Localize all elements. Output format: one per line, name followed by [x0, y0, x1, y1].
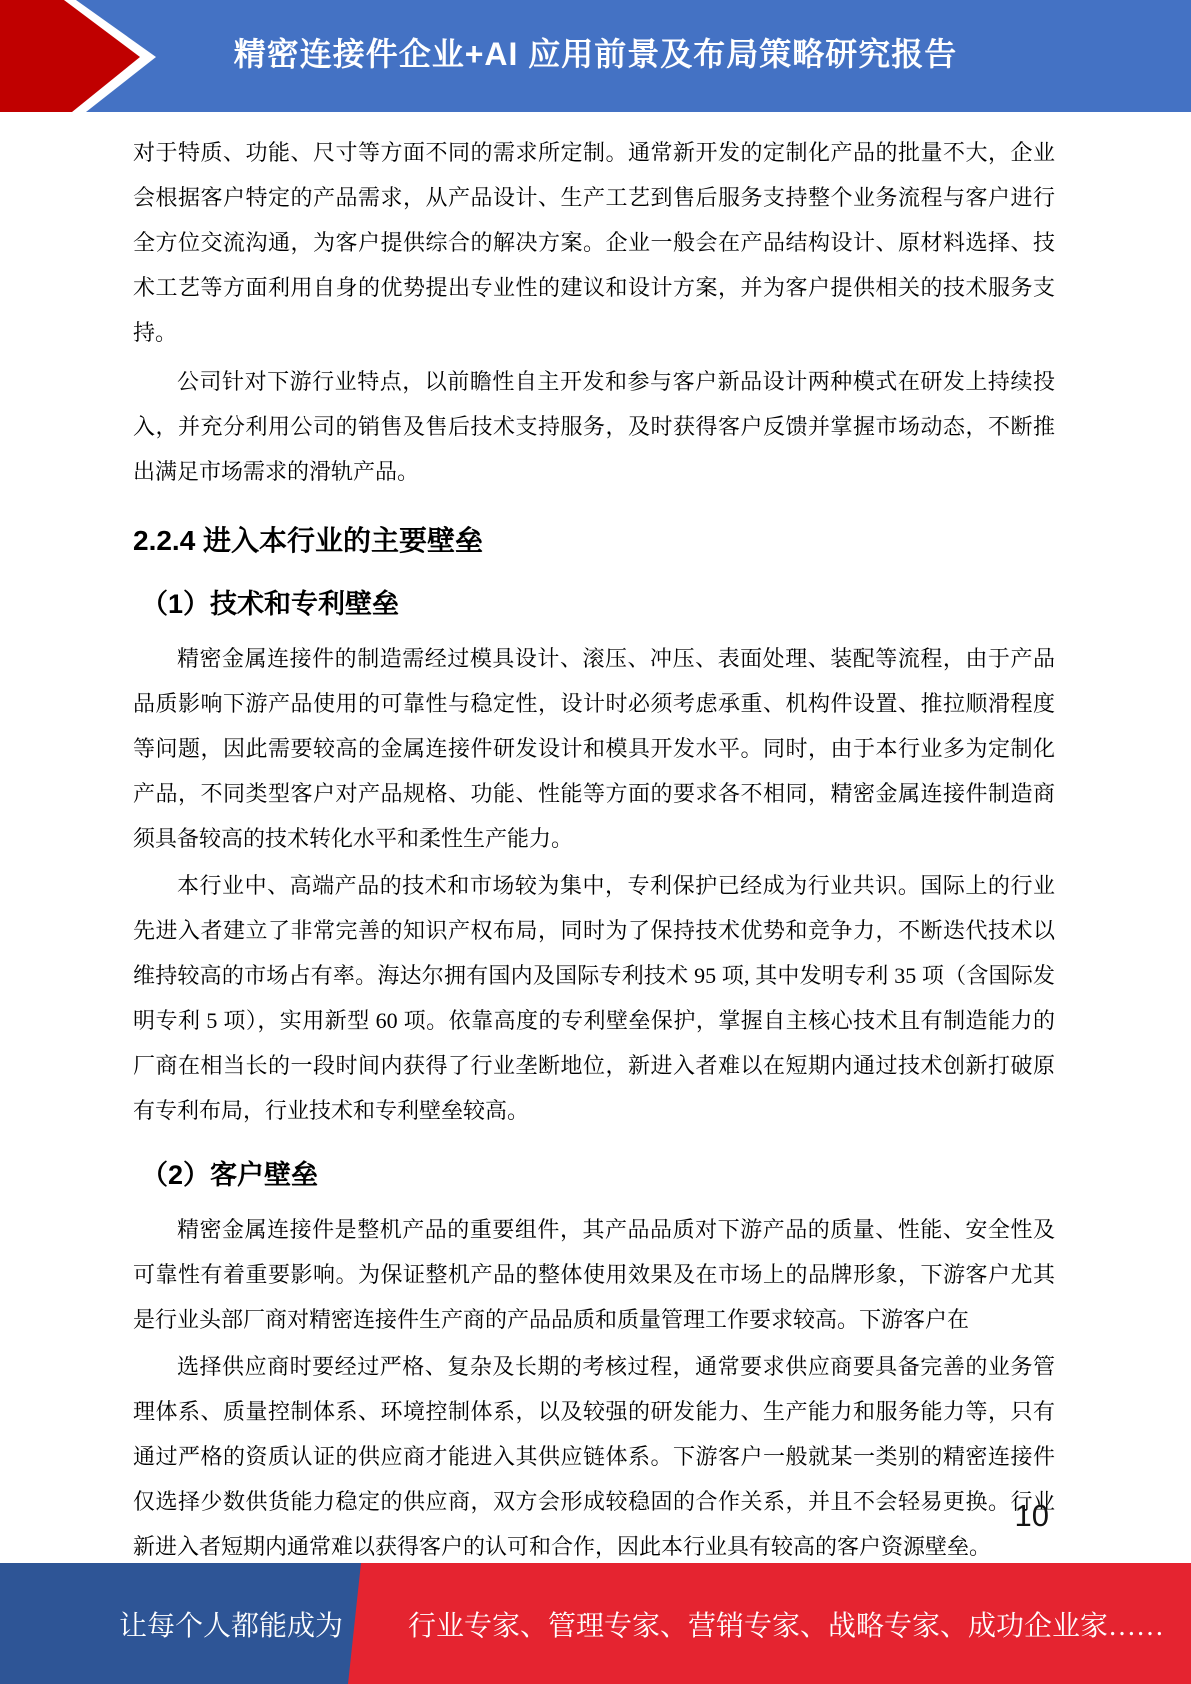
page-number: 10	[1015, 1498, 1049, 1534]
footer-slogan-left-panel: 让每个人都能成为	[0, 1563, 361, 1684]
paragraph-customer-quality: 精密金属连接件是整机产品的重要组件，其产品品质对下游产品的质量、性能、安全性及可…	[133, 1207, 1055, 1342]
report-title: 精密连接件企业+AI 应用前景及布局策略研究报告	[0, 0, 1191, 104]
paragraph-patent-landscape: 本行业中、高端产品的技术和市场较为集中，专利保护已经成为行业共识。国际上的行业先…	[133, 863, 1055, 1133]
report-page: 精密连接件企业+AI 应用前景及布局策略研究报告 对于特质、功能、尺寸等方面不同…	[0, 0, 1191, 1684]
section-heading-2-2-4: 2.2.4 进入本行业的主要壁垒	[133, 520, 1055, 562]
paragraph-supplier-selection: 选择供应商时要经过严格、复杂及长期的考核过程，通常要求供应商要具备完善的业务管理…	[133, 1344, 1055, 1569]
footer-slogan-left: 让每个人都能成为	[119, 1604, 343, 1644]
paragraph-customization: 对于特质、功能、尺寸等方面不同的需求所定制。通常新开发的定制化产品的批量不大，企…	[133, 130, 1055, 355]
page-footer-banner: 让每个人都能成为 行业专家、管理专家、营销专家、战略专家、成功企业家……	[0, 1563, 1191, 1684]
document-body: 对于特质、功能、尺寸等方面不同的需求所定制。通常新开发的定制化产品的批量不大，企…	[133, 112, 1055, 1569]
subsection-heading-customer: （2）客户壁垒	[141, 1155, 1055, 1195]
paragraph-tech-manufacturing: 精密金属连接件的制造需经过模具设计、滚压、冲压、表面处理、装配等流程，由于产品品…	[133, 636, 1055, 861]
footer-slogan-right: 行业专家、管理专家、营销专家、战略专家、成功企业家……	[408, 1563, 1164, 1684]
page-header-banner: 精密连接件企业+AI 应用前景及布局策略研究报告	[0, 0, 1191, 112]
paragraph-company-rd: 公司针对下游行业特点，以前瞻性自主开发和参与客户新品设计两种模式在研发上持续投入…	[133, 359, 1055, 494]
subsection-heading-tech-patent: （1）技术和专利壁垒	[141, 584, 1055, 624]
